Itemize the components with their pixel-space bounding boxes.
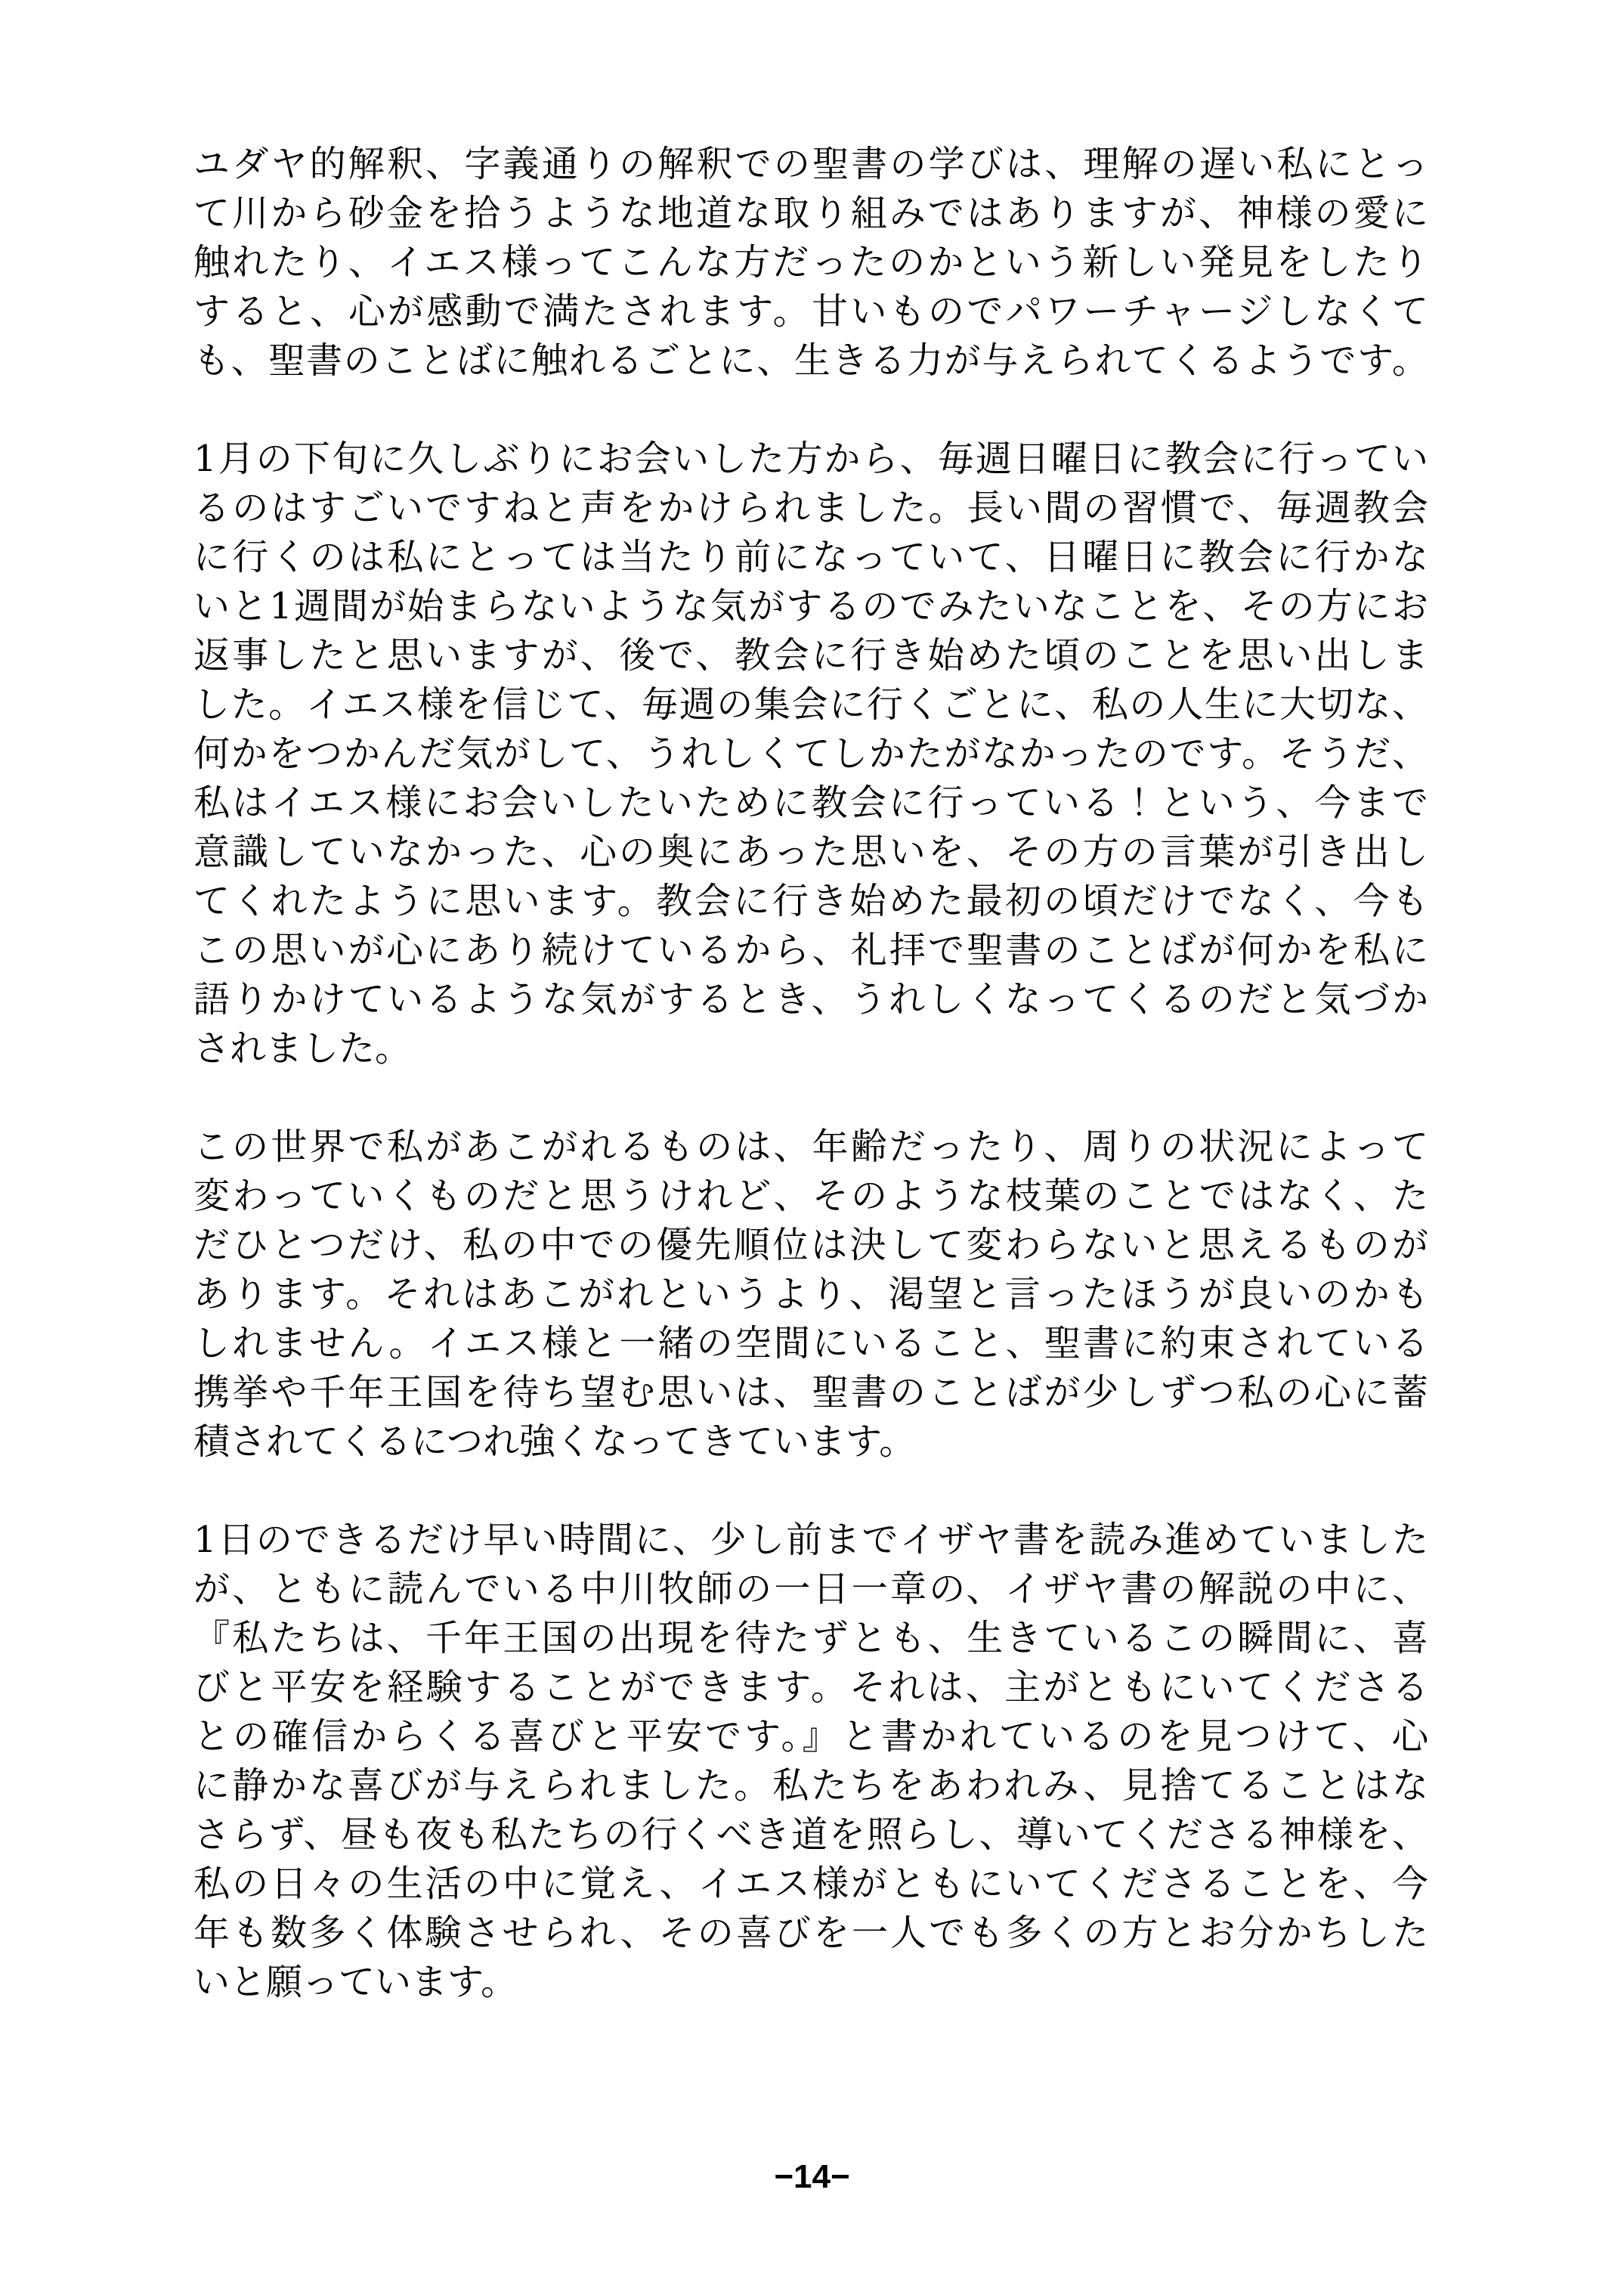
- paragraph: 1月の下旬に久しぶりにお会いした方から、毎週日曜日に教会に行っているのはすごいで…: [193, 435, 1428, 1073]
- text-line: 触れたり、イエス様ってこんな方だったのかという新しい発見をしたり: [193, 238, 1428, 287]
- text-line: 私はイエス様にお会いしたいために教会に行っている！という、今まで: [193, 779, 1428, 828]
- text-line: しれません。イエス様と一緒の空間にいること、聖書に約束されている: [193, 1319, 1428, 1368]
- text-line: 語りかけているような気がするとき、うれしくなってくるのだと気づか: [193, 975, 1428, 1024]
- paragraph: この世界で私があこがれるものは、年齢だったり、周りの状況によって変わっていくもの…: [193, 1123, 1428, 1467]
- text-line: も、聖書のことばに触れるごとに、生きる力が与えられてくるようです。: [193, 336, 1428, 386]
- text-line: さらず、昼も夜も私たちの行くべき道を照らし、導いてくださる神様を、: [193, 1810, 1428, 1860]
- text-line: て川から砂金を拾うような地道な取り組みではありますが、神様の愛に: [193, 189, 1428, 238]
- text-line: 私の日々の生活の中に覚え、イエス様がともにいてくださることを、今: [193, 1860, 1428, 1909]
- text-line: に静かな喜びが与えられました。私たちをあわれみ、見捨てることはな: [193, 1761, 1428, 1810]
- text-line: 『私たちは、千年王国の出現を待たずとも、生きているこの瞬間に、喜: [193, 1614, 1428, 1663]
- text-line: すると、心が感動で満たされます。甘いものでパワーチャージしなくて: [193, 287, 1428, 336]
- text-line: 携挙や千年王国を待ち望む思いは、聖書のことばが少しずつ私の心に蓄: [193, 1368, 1428, 1417]
- text-line: この思いが心にあり続けているから、礼拝で聖書のことばが何かを私に: [193, 926, 1428, 975]
- paragraph: 1日のできるだけ早い時間に、少し前までイザヤ書を読み進めていましたが、ともに読ん…: [193, 1516, 1428, 2007]
- text-line: 1月の下旬に久しぶりにお会いした方から、毎週日曜日に教会に行ってい: [193, 435, 1428, 484]
- text-line: 積されてくるにつれ強くなってきています。: [193, 1417, 1428, 1467]
- text-line: いと1週間が始まらないような気がするのでみたいなことを、その方にお: [193, 582, 1428, 631]
- text-line: るのはすごいですねと声をかけられました。長い間の習慣で、毎週教会: [193, 484, 1428, 533]
- page-number: −14−: [0, 2160, 1624, 2194]
- paragraph: ユダヤ的解釈、字義通りの解釈での聖書の学びは、理解の遅い私にとって川から砂金を拾…: [193, 140, 1428, 386]
- text-line: されました。: [193, 1024, 1428, 1073]
- body-text: ユダヤ的解釈、字義通りの解釈での聖書の学びは、理解の遅い私にとって川から砂金を拾…: [193, 140, 1428, 2007]
- text-line: だひとつだけ、私の中での優先順位は決して変わらないと思えるものが: [193, 1221, 1428, 1270]
- text-line: 返事したと思いますが、後で、教会に行き始めた頃のことを思い出しま: [193, 631, 1428, 680]
- text-line: ユダヤ的解釈、字義通りの解釈での聖書の学びは、理解の遅い私にとっ: [193, 140, 1428, 189]
- text-line: した。イエス様を信じて、毎週の集会に行くごとに、私の人生に大切な、: [193, 680, 1428, 729]
- text-line: 何かをつかんだ気がして、うれしくてしかたがなかったのです。そうだ、: [193, 729, 1428, 779]
- text-line: この世界で私があこがれるものは、年齢だったり、周りの状況によって: [193, 1123, 1428, 1172]
- text-line: が、ともに読んでいる中川牧師の一日一章の、イザヤ書の解説の中に、: [193, 1565, 1428, 1614]
- text-line: びと平安を経験することができます。それは、主がともにいてくださる: [193, 1663, 1428, 1712]
- text-line: 意識していなかった、心の奥にあった思いを、その方の言葉が引き出し: [193, 828, 1428, 877]
- document-page: ユダヤ的解釈、字義通りの解釈での聖書の学びは、理解の遅い私にとって川から砂金を拾…: [0, 0, 1624, 2295]
- text-line: あります。それはあこがれというより、渇望と言ったほうが良いのかも: [193, 1270, 1428, 1319]
- text-line: との確信からくる喜びと平安です。』と書かれているのを見つけて、心: [193, 1712, 1428, 1761]
- text-line: に行くのは私にとっては当たり前になっていて、日曜日に教会に行かな: [193, 533, 1428, 582]
- text-line: 変わっていくものだと思うけれど、そのような枝葉のことではなく、た: [193, 1172, 1428, 1221]
- text-line: いと願っています。: [193, 1958, 1428, 2007]
- text-line: 年も数多く体験させられ、その喜びを一人でも多くの方とお分かちした: [193, 1909, 1428, 1958]
- text-line: てくれたように思います。教会に行き始めた最初の頃だけでなく、今も: [193, 877, 1428, 926]
- text-line: 1日のできるだけ早い時間に、少し前までイザヤ書を読み進めていました: [193, 1516, 1428, 1565]
